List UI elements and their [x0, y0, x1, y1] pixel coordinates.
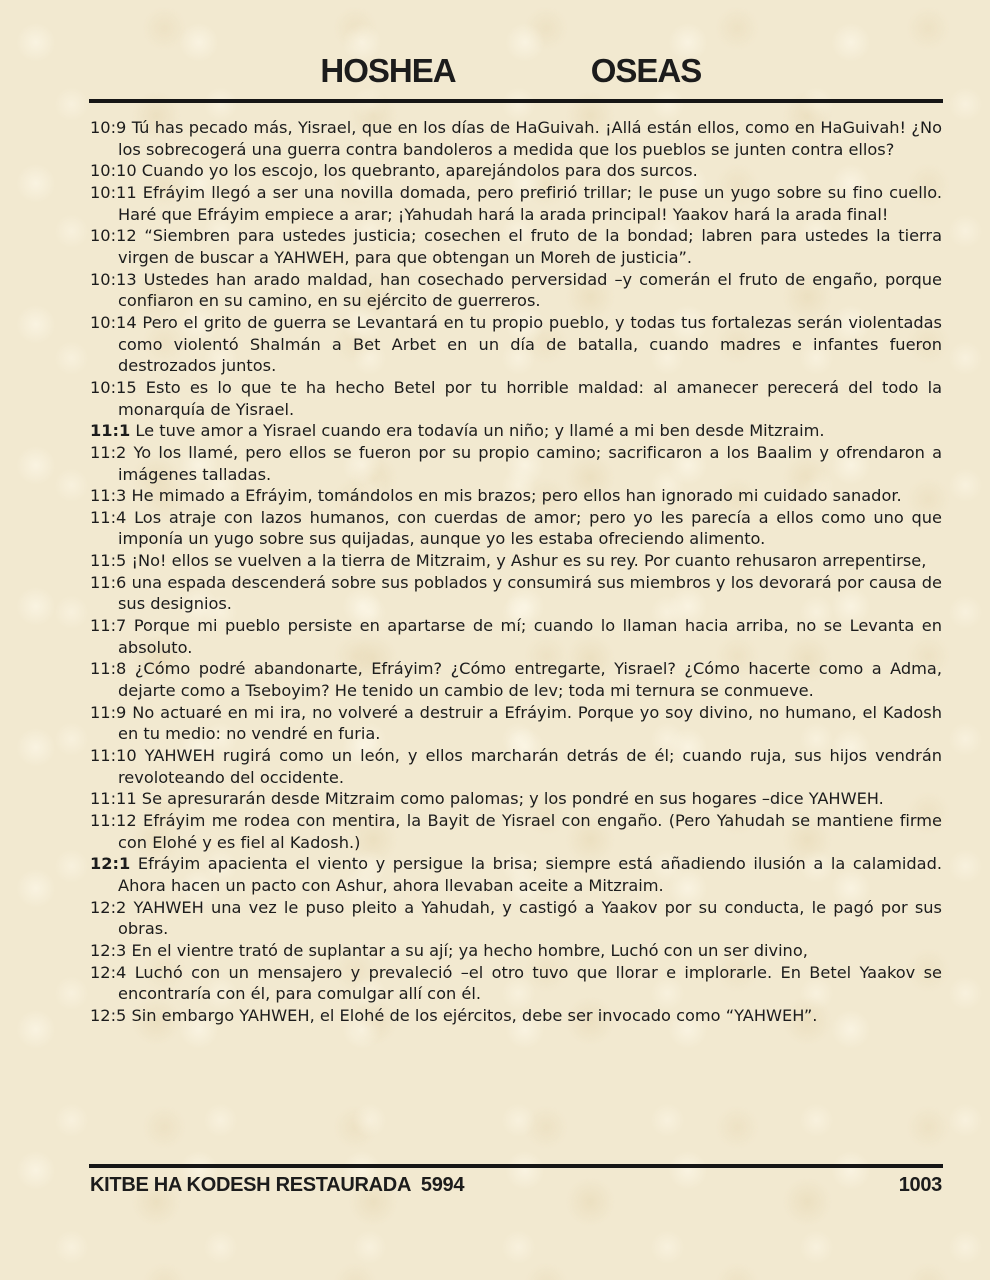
verse-ref: 11:3 [90, 486, 126, 505]
verse-ref: 12:2 [90, 898, 126, 917]
footer-rule [89, 1164, 943, 1168]
verse: 11:10 YAHWEH rugirá como un león, y ello… [90, 745, 942, 788]
verse: 10:9 Tú has pecado más, Yisrael, que en … [90, 117, 942, 160]
verse-ref: 11:11 [90, 789, 137, 808]
verse-ref: 10:14 [90, 313, 137, 332]
verse: 11:3 He mimado a Efráyim, tomándolos en … [90, 485, 942, 507]
verse-ref: 12:1 [90, 854, 130, 873]
verse: 10:10 Cuando yo los escojo, los quebrant… [90, 160, 942, 182]
verse-ref: 10:9 [90, 118, 126, 137]
verse-text: Tú has pecado más, Yisrael, que en los d… [118, 118, 942, 159]
verse-text: En el vientre trató de suplantar a su aj… [126, 941, 808, 960]
verse: 12:4 Luchó con un mensajero y prevaleció… [90, 962, 942, 1005]
page-number: 1003 [899, 1174, 942, 1197]
verse-text: He mimado a Efráyim, tomándolos en mis b… [126, 486, 901, 505]
page-title-hebrew: HOSHEA [320, 52, 455, 90]
scripture-page: HOSHEA OSEAS 10:9 Tú has pecado más, Yis… [0, 0, 990, 1280]
verse: 12:2 YAHWEH una vez le puso pleito a Yah… [90, 897, 942, 940]
verse-text: Efráyim me rodea con mentira, la Bayit d… [118, 811, 942, 852]
verse-text: YAHWEH rugirá como un león, y ellos marc… [118, 746, 942, 787]
verse-ref: 11:5 [90, 551, 126, 570]
verse: 11:12 Efráyim me rodea con mentira, la B… [90, 810, 942, 853]
verse: 10:13 Ustedes han arado maldad, han cose… [90, 269, 942, 312]
verse-ref: 10:12 [90, 226, 137, 245]
verse: 10:12 “Siembren para ustedes justicia; c… [90, 225, 942, 268]
edition-title: KITBE HA KODESH RESTAURADA 5994 [90, 1174, 464, 1197]
verse-text: No actuaré en mi ira, no volveré a destr… [118, 703, 942, 744]
verse-text: una espada descenderá sobre sus poblados… [118, 573, 942, 614]
verse-text: Ustedes han arado maldad, han cosechado … [118, 270, 942, 311]
page-footer: KITBE HA KODESH RESTAURADA 5994 1003 [90, 1174, 942, 1197]
verse-ref: 11:6 [90, 573, 126, 592]
verse-text: Se apresurarán desde Mitzraim como palom… [137, 789, 884, 808]
verse-text: Porque mi pueblo persiste en apartarse d… [118, 616, 942, 657]
verse-text: ¿Cómo podré abandonarte, Efráyim? ¿Cómo … [118, 659, 942, 700]
verse-ref: 12:3 [90, 941, 126, 960]
verse-ref: 10:13 [90, 270, 137, 289]
verse: 12:5 Sin embargo YAHWEH, el Elohé de los… [90, 1005, 942, 1027]
verse-text: Pero el grito de guerra se Levantará en … [118, 313, 942, 375]
verse-text: Los atraje con lazos humanos, con cuerda… [118, 508, 942, 549]
verse: 11:5 ¡No! ellos se vuelven a la tierra d… [90, 550, 942, 572]
verse-ref: 11:12 [90, 811, 137, 830]
verse: 11:4 Los atraje con lazos humanos, con c… [90, 507, 942, 550]
verse: 11:11 Se apresurarán desde Mitzraim como… [90, 788, 942, 810]
verse-text: Efráyim llegó a ser una novilla domada, … [118, 183, 942, 224]
verse-text: Le tuve amor a Yisrael cuando era todaví… [130, 421, 824, 440]
verse: 12:3 En el vientre trató de suplantar a … [90, 940, 942, 962]
header-rule [89, 99, 943, 103]
verse-text: Luchó con un mensajero y prevaleció –el … [118, 963, 942, 1004]
verse-ref: 11:2 [90, 443, 126, 462]
verse-text: Yo los llamé, pero ellos se fueron por s… [118, 443, 942, 484]
verse-ref: 11:10 [90, 746, 137, 765]
verse: 11:1 Le tuve amor a Yisrael cuando era t… [90, 420, 942, 442]
verse-text: “Siembren para ustedes justicia; coseche… [118, 226, 942, 267]
verse: 10:11 Efráyim llegó a ser una novilla do… [90, 182, 942, 225]
verse: 10:14 Pero el grito de guerra se Levanta… [90, 312, 942, 377]
verse: 12:1 Efráyim apacienta el viento y persi… [90, 853, 942, 896]
verse: 10:15 Esto es lo que te ha hecho Betel p… [90, 377, 942, 420]
verse-ref: 10:15 [90, 378, 137, 397]
verse-ref: 11:8 [90, 659, 126, 678]
verse-text: Sin embargo YAHWEH, el Elohé de los ejér… [126, 1006, 817, 1025]
verse-text: Efráyim apacienta el viento y persigue l… [118, 854, 942, 895]
verse-ref: 11:1 [90, 421, 130, 440]
page-title-spanish: OSEAS [591, 52, 702, 90]
verse: 11:9 No actuaré en mi ira, no volveré a … [90, 702, 942, 745]
verse-text: YAHWEH una vez le puso pleito a Yahudah,… [118, 898, 942, 939]
verse: 11:7 Porque mi pueblo persiste en aparta… [90, 615, 942, 658]
verse-text: ¡No! ellos se vuelven a la tierra de Mit… [126, 551, 926, 570]
verse-ref: 11:7 [90, 616, 126, 635]
verse: 11:6 una espada descenderá sobre sus pob… [90, 572, 942, 615]
verse-ref: 10:10 [90, 161, 137, 180]
verse: 11:2 Yo los llamé, pero ellos se fueron … [90, 442, 942, 485]
verse-ref: 11:4 [90, 508, 126, 527]
verse-ref: 10:11 [90, 183, 137, 202]
verse-text: Esto es lo que te ha hecho Betel por tu … [118, 378, 942, 419]
verse-ref: 12:4 [90, 963, 126, 982]
verse-list: 10:9 Tú has pecado más, Yisrael, que en … [90, 117, 942, 1027]
verse: 11:8 ¿Cómo podré abandonarte, Efráyim? ¿… [90, 658, 942, 701]
verse-ref: 12:5 [90, 1006, 126, 1025]
verse-ref: 11:9 [90, 703, 126, 722]
verse-text: Cuando yo los escojo, los quebranto, apa… [137, 161, 698, 180]
